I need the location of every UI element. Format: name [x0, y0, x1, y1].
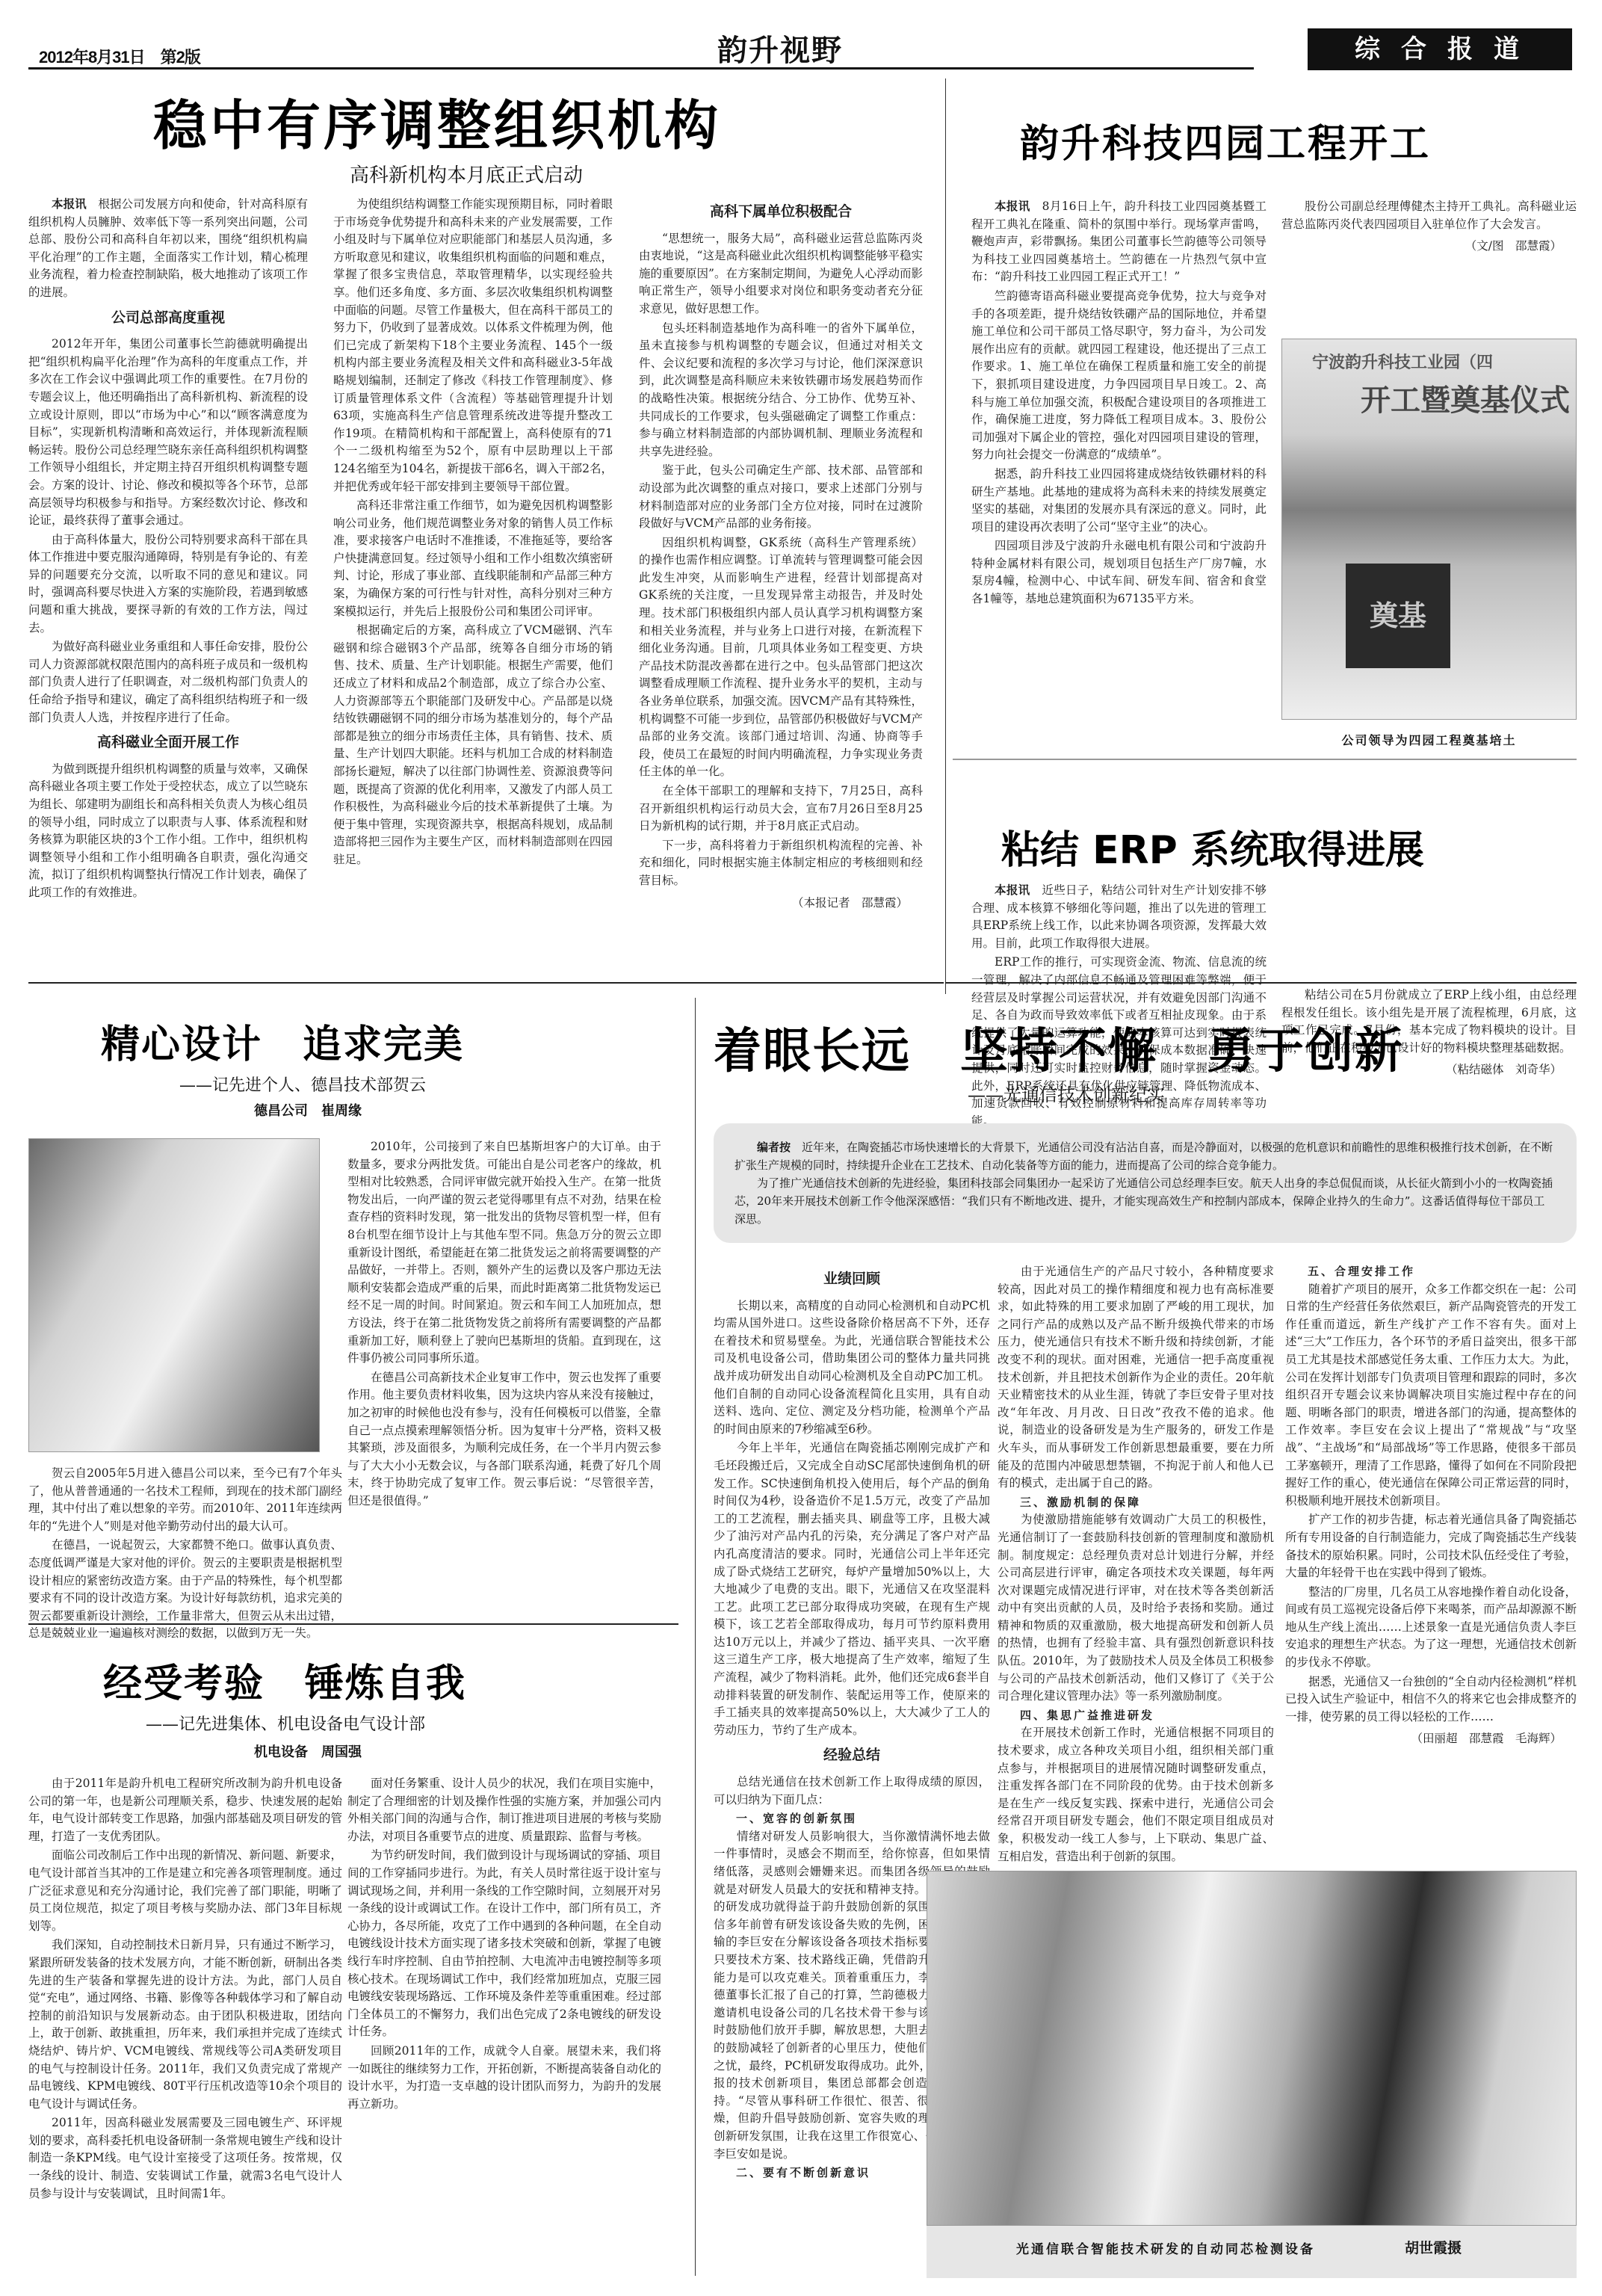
article-title: 稳中有序调整组织机构	[153, 82, 721, 160]
inspection-equipment-photo	[927, 1871, 1577, 2226]
article-title: 经受考验 锤炼自我	[103, 1652, 466, 1708]
article-title: 着眼长远 坚持不懈 勇于创新	[714, 1013, 1404, 1081]
section-heading: 公司总部高度重视	[28, 309, 308, 327]
masthead-divider	[28, 67, 1254, 70]
section-divider	[28, 982, 944, 984]
article-column-1: 由于2011年是韵升机电工程研究所改制为韵升机电设备公司的第一年，也是新公司理顺…	[28, 1775, 342, 2204]
article-column-2: 为使组织结构调整工作能实现预期目标，同时着眼于市场竞争优势提升和高科未来的产业发…	[333, 196, 613, 871]
article-subtitle: ——记先进个人、德昌技术部贺云	[179, 1073, 426, 1096]
article-title: 粘结 ERP 系统取得进展	[1001, 818, 1424, 874]
article-column-1: 贺云自2005年5月进入德昌公司以来，至今已有7个年头了，他从普普通通的一名技术…	[28, 1465, 342, 1644]
article-column-2: 2010年，公司接到了来自巴基斯坦客户的大订单。由于数量多，要求分两批发货。可能…	[347, 1138, 661, 1511]
article-column-3: 高科下属单位积极配合 “思想统一，服务大局”，高科磁业运营总监陈丙炎由衷地说，“…	[639, 196, 923, 912]
section-divider	[953, 759, 1577, 760]
article-column-1: 本报讯 根据公司发展方向和使命，针对高科原有组织机构人员臃肿、效率低下等一系列突…	[28, 196, 308, 904]
article-author: 机电设备 周国强	[254, 1741, 362, 1761]
section-divider	[945, 982, 1577, 984]
article-author: 德昌公司 崔周缘	[254, 1100, 362, 1120]
article-column-2: 面对任务繁重、设计人员少的状况，我们在项目实施中，制定了合理细密的计划及操作性强…	[347, 1775, 661, 2114]
article-column-2: 由于光通信生产的产品尺寸较小，各种精度要求较高，因此对员工的操作精细度和视力也有…	[998, 1263, 1274, 1867]
section-heading: 高科磁业全面开展工作	[28, 734, 308, 752]
portrait-photo	[28, 1138, 320, 1452]
article-subtitle: 高科新机构本月底正式启动	[350, 160, 583, 188]
section-divider	[28, 1623, 678, 1625]
article-column-3: 五、合理安排工作 随着扩产项目的展开，众多工作都交织在一起：公司日常的生产经营任…	[1285, 1263, 1577, 1748]
groundbreaking-photo: 宁波韵升科技工业园（四 开工暨奠基仪式 奠基	[1281, 339, 1577, 720]
article-column-1: 本报讯 8月16日上午，韵升科技工业四园奠基暨工程开工典礼在隆重、简朴的氛围中举…	[971, 198, 1267, 610]
editor-note-label: 编者按	[757, 1141, 791, 1154]
article-title: 精心设计 追求完美	[101, 1013, 464, 1069]
article-subtitle: ——记先进集体、机电设备电气设计部	[146, 1712, 425, 1735]
equipment-photo-frame: 光通信联合智能技术研发的自动同芯检测设备 胡世霞摄	[927, 1871, 1577, 2278]
photo-caption: 光通信联合智能技术研发的自动同芯检测设备	[1016, 2238, 1315, 2257]
article-title: 韵升科技四园工程开工	[1020, 112, 1431, 168]
photo-caption: 公司领导为四园工程奠基培土	[1281, 731, 1577, 748]
column-divider	[695, 998, 696, 2276]
section-heading: 经验总结	[714, 1747, 990, 1765]
newspaper-name: 韵升视野	[717, 27, 843, 70]
photo-banner-title: 开工暨奠基仪式	[1361, 377, 1570, 419]
section-tag: 综合报道	[1308, 28, 1572, 70]
photo-banner-text: 宁波韵升科技工业园（四	[1312, 350, 1493, 373]
lead-label: 本报讯	[52, 197, 87, 211]
editor-note-box: 编者按 近年来，在陶瓷插芯市场快速增长的大背景下，光通信公司没有沾沾自喜，而是冷…	[714, 1123, 1577, 1243]
issue-date-edition: 2012年8月31日 第2版	[39, 45, 200, 68]
article-column-2: 股份公司副总经理傅健杰主持开工典礼。高科磁业运营总监陈丙炎代表四园项目入驻单位作…	[1281, 198, 1577, 256]
column-divider	[945, 78, 946, 994]
lead-label: 本报讯	[995, 200, 1030, 213]
byline: （文/图 邵慧霞）	[1281, 238, 1577, 256]
byline: （本报记者 邵慧霞）	[639, 895, 923, 913]
section-heading: 业绩回顾	[714, 1271, 990, 1289]
foundation-stone: 奠基	[1346, 564, 1450, 668]
lead-label: 本报讯	[995, 883, 1030, 897]
photo-credit: 胡世霞摄	[1405, 2237, 1462, 2257]
byline: （田丽超 邵慧霞 毛海辉）	[1285, 1730, 1577, 1748]
section-heading: 高科下属单位积极配合	[639, 203, 923, 221]
article-subtitle: ——光通信技术创新纪实	[968, 1080, 1165, 1106]
